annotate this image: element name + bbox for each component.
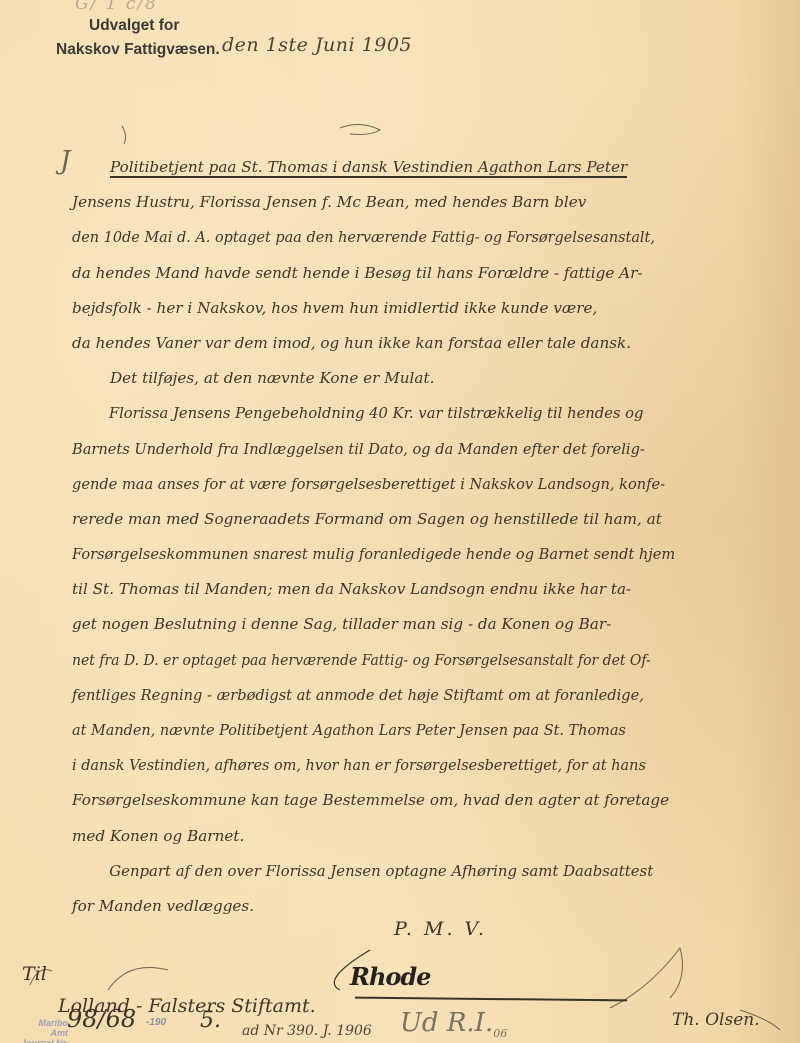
scanned-letter-page: G/ 1 c/8 Udvalget for Nakskov Fattigvæse… bbox=[0, 0, 800, 1043]
body-line-12: Forsørgelseskommunen snarest mulig foran… bbox=[72, 537, 756, 572]
body-line-8: Florissa Jensens Pengebeholdning 40 Kr. … bbox=[72, 396, 763, 431]
pencil-annotation: Ud R.I.06 bbox=[400, 1008, 507, 1040]
journal-stamp: Maribo Amt Journal Nr. bbox=[20, 1018, 68, 1043]
faded-ghost-text: G/ 1 c/8 bbox=[75, 0, 158, 14]
signature-underline bbox=[355, 997, 627, 1002]
body-line-21: Genpart af den over Florissa Jensen opta… bbox=[72, 854, 770, 889]
letterhead: Udvalget for Nakskov Fattigvæsen. bbox=[56, 14, 220, 62]
stamp-line-2: Journal Nr. bbox=[20, 1038, 68, 1043]
stamp-line-1: Maribo Amt bbox=[20, 1018, 68, 1038]
underlined-subject: Politibetjent paa St. Thomas i dansk Ves… bbox=[110, 158, 627, 178]
pencil-annotation-text: Ud R.I. bbox=[400, 1008, 493, 1038]
body-line-6: da hendes Vaner var dem imod, og hun ikk… bbox=[72, 326, 784, 361]
body-line-19: Forsørgelseskommune kan tage Bestemmelse… bbox=[72, 783, 784, 818]
body-line-10: gende maa anses for at være forsørgelses… bbox=[72, 467, 756, 502]
letter-body: Politibetjent paa St. Thomas i dansk Ves… bbox=[72, 150, 784, 924]
handwritten-date: den 1ste Juni 1905 bbox=[222, 34, 412, 56]
letterhead-line-2: Nakskov Fattigvæsen. bbox=[56, 38, 220, 62]
body-line-11: rerede man med Sogneraadets Formand om S… bbox=[72, 502, 784, 537]
journal-year-prefix: -190 bbox=[146, 1017, 166, 1028]
address-line-1: Til bbox=[22, 958, 316, 990]
body-line-7: Det tilføjes, at den nævnte Kone er Mula… bbox=[72, 361, 784, 396]
body-line-2: Jensens Hustru, Florissa Jensen f. Mc Be… bbox=[72, 185, 784, 220]
margin-mark: J bbox=[60, 146, 70, 176]
body-line-17: at Manden, nævnte Politibetjent Agathon … bbox=[72, 713, 748, 748]
body-line-4: da hendes Mand havde sendt hende i Besøg… bbox=[72, 256, 784, 291]
body-line-16: fentliges Regning - ærbødigst at anmode … bbox=[72, 678, 756, 713]
reference-note: ad Nr 390. J. 1906 bbox=[242, 1023, 372, 1039]
signature-secondary: Th. Olsen. bbox=[672, 1010, 760, 1030]
letterhead-line-1: Udvalget for bbox=[56, 14, 220, 38]
body-line-1: Politibetjent paa St. Thomas i dansk Ves… bbox=[72, 150, 784, 185]
body-line-9: Barnets Underhold fra Indlæggelsen til D… bbox=[72, 432, 756, 467]
body-line-13: til St. Thomas til Manden; men da Naksko… bbox=[72, 572, 784, 607]
body-line-20: med Konen og Barnet. bbox=[72, 819, 784, 854]
journal-year-digit: 5. bbox=[200, 1008, 221, 1033]
body-line-3: den 10de Mai d. A. optaget paa den hervæ… bbox=[72, 220, 748, 255]
journal-number: 98/68 bbox=[67, 1005, 136, 1033]
pencil-annotation-sub: 06 bbox=[493, 1027, 507, 1040]
body-line-18: i dansk Vestindien, afhøres om, hvor han… bbox=[72, 748, 748, 783]
signature-main: Rhode bbox=[350, 962, 430, 991]
body-line-14: get nogen Beslutning i denne Sag, tillad… bbox=[72, 607, 784, 642]
closing-abbreviation: P. M. V. bbox=[394, 918, 487, 940]
body-line-15: net fra D. D. er optaget paa herværende … bbox=[72, 643, 727, 678]
body-line-5: bejdsfolk - her i Nakskov, hos hvem hun … bbox=[72, 291, 784, 326]
